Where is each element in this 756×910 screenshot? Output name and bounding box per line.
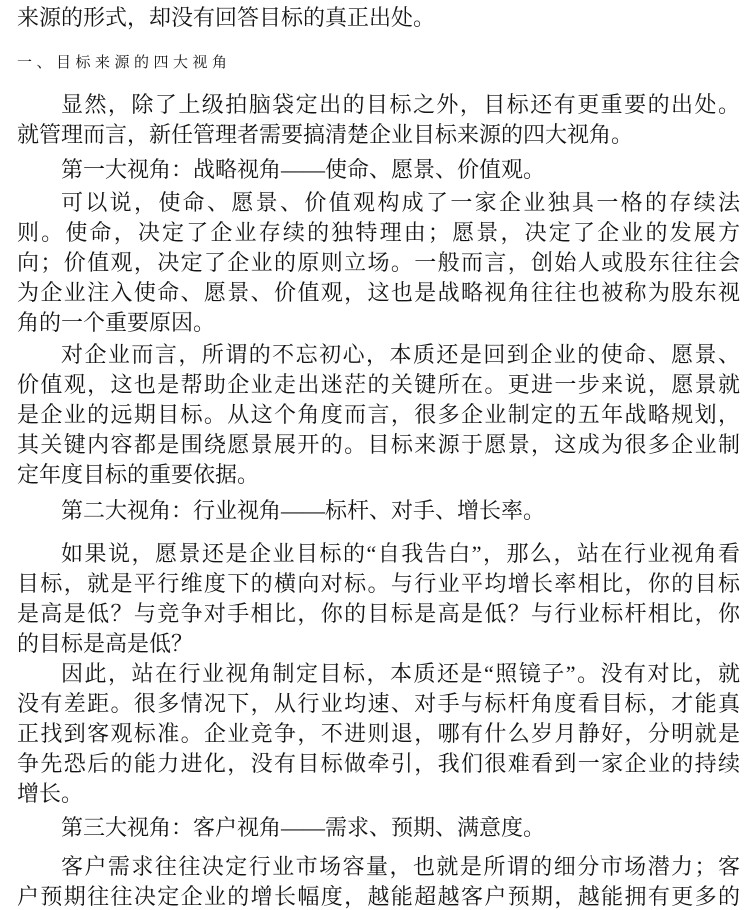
text-line: 增长。 xyxy=(17,779,740,809)
text-line: 就管理而言，新任管理者需要搞清楚企业目标来源的四大视角。 xyxy=(17,120,740,150)
paragraph: 对企业而言，所谓的不忘初心，本质还是回到企业的使命、愿景、 价值观，这也是帮助企… xyxy=(17,340,740,490)
text-line: 的目标是高是低？ xyxy=(17,629,740,659)
text-line: 户预期往往决定企业的增长幅度，越能超越客户预期，越能拥有更多的 xyxy=(17,882,740,910)
text-line-continuation: 来源的形式，却没有回答目标的真正出处。 xyxy=(17,3,740,33)
paragraph: 显然，除了上级拍脑袋定出的目标之外，目标还有更重要的出处。 就管理而言，新任管理… xyxy=(17,90,740,150)
text-line: 争先恐后的能力进化，没有目标做牵引，我们很难看到一家企业的持续 xyxy=(17,749,740,779)
subheading-line: 第二大视角：行业视角——标杆、对手、增长率。 xyxy=(17,496,740,526)
text-line: 其关键内容都是围绕愿景展开的。目标来源于愿景，这成为很多企业制 xyxy=(17,430,740,460)
paragraph: 客户需求往往决定行业市场容量，也就是所谓的细分市场潜力；客 户预期往往决定企业的… xyxy=(17,852,740,910)
paragraph: 如果说，愿景还是企业目标的“自我告白”，那么，站在行业视角看 目标，就是平行维度… xyxy=(17,539,740,659)
subheading-line: 第三大视角：客户视角——需求、预期、满意度。 xyxy=(17,813,740,843)
text-line: 角的一个重要原因。 xyxy=(17,308,740,338)
text-line: 是高是低？与竞争对手相比，你的目标是高是低？与行业标杆相比，你 xyxy=(17,599,740,629)
text-line: 因此，站在行业视角制定目标，本质还是“照镜子”。没有对比，就 xyxy=(17,659,740,689)
section-heading: 一、目标来源的四大视角 xyxy=(17,51,740,75)
text-line: 如果说，愿景还是企业目标的“自我告白”，那么，站在行业视角看 xyxy=(17,539,740,569)
text-line: 是企业的远期目标。从这个角度而言，很多企业制定的五年战略规划， xyxy=(17,400,740,430)
text-line: 目标，就是平行维度下的横向对标。与行业平均增长率相比，你的目标 xyxy=(17,569,740,599)
subheading: 第一大视角：战略视角——使命、愿景、价值观。 xyxy=(17,155,740,185)
text-line: 向；价值观，决定了企业的原则立场。一般而言，创始人或股东往往会 xyxy=(17,248,740,278)
text-line: 客户需求往往决定行业市场容量，也就是所谓的细分市场潜力；客 xyxy=(17,852,740,882)
text-line: 对企业而言，所谓的不忘初心，本质还是回到企业的使命、愿景、 xyxy=(17,340,740,370)
paragraph: 可以说，使命、愿景、价值观构成了一家企业独具一格的存续法 则。使命，决定了企业存… xyxy=(17,188,740,338)
document-page: 来源的形式，却没有回答目标的真正出处。 一、目标来源的四大视角 显然，除了上级拍… xyxy=(0,0,756,910)
text-line: 没有差距。很多情况下，从行业均速、对手与标杆角度看目标，才能真 xyxy=(17,689,740,719)
text-line: 显然，除了上级拍脑袋定出的目标之外，目标还有更重要的出处。 xyxy=(17,90,740,120)
paragraph: 因此，站在行业视角制定目标，本质还是“照镜子”。没有对比，就 没有差距。很多情况… xyxy=(17,659,740,809)
text-line: 正找到客观标准。企业竞争，不进则退，哪有什么岁月静好，分明就是 xyxy=(17,719,740,749)
text-line: 可以说，使命、愿景、价值观构成了一家企业独具一格的存续法 xyxy=(17,188,740,218)
text-line: 为企业注入使命、愿景、价值观，这也是战略视角往往也被称为股东视 xyxy=(17,278,740,308)
text-line: 价值观，这也是帮助企业走出迷茫的关键所在。更进一步来说，愿景就 xyxy=(17,370,740,400)
subheading: 第三大视角：客户视角——需求、预期、满意度。 xyxy=(17,813,740,843)
subheading-line: 第一大视角：战略视角——使命、愿景、价值观。 xyxy=(17,155,740,185)
text-line: 定年度目标的重要依据。 xyxy=(17,460,740,490)
subheading: 第二大视角：行业视角——标杆、对手、增长率。 xyxy=(17,496,740,526)
text-line: 则。使命，决定了企业存续的独特理由；愿景，决定了企业的发展方 xyxy=(17,218,740,248)
